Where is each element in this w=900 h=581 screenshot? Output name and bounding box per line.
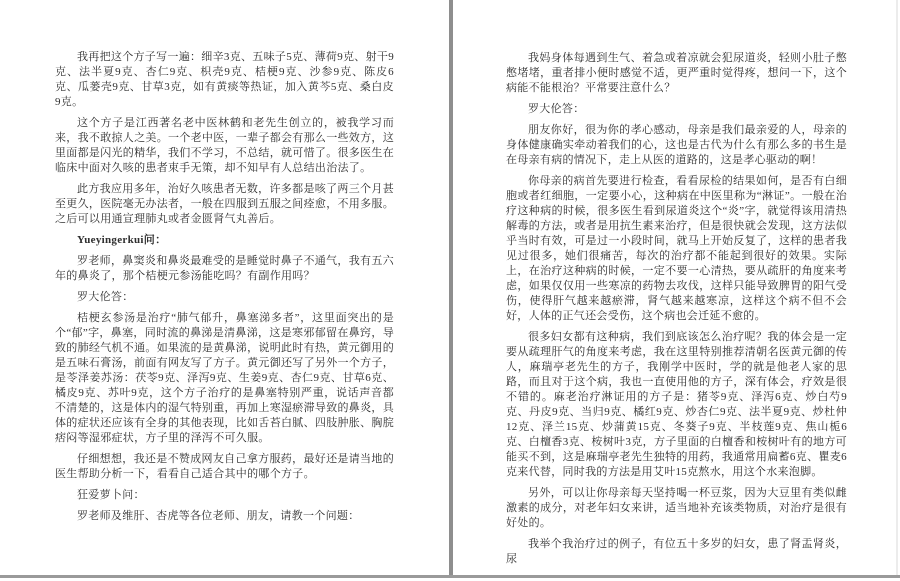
page-left: 我再把这个方子写一遍：细辛3克、五味子5克、薄荷9克、射干9克、法半夏9克、杏仁… xyxy=(0,0,449,575)
document-viewer: 我再把这个方子写一遍：细辛3克、五味子5克、薄荷9克、射干9克、法半夏9克、杏仁… xyxy=(0,0,900,581)
paragraph: 罗老师，鼻窦炎和鼻炎最难受的是睡觉时鼻子不通气，我有五六年的鼻炎了，那个桔梗元参… xyxy=(55,254,394,284)
paragraph: 狂爱萝卜问： xyxy=(55,488,394,503)
page-right-edge xyxy=(896,0,898,575)
paragraph: 这个方子是江西著名老中医林鹤和老先生创立的，被我学习而来，我不敢掠人之美。一个老… xyxy=(55,116,394,176)
paragraph: 朋友你好，很为你的孝心感动，母亲是我们最亲爱的人，母亲的身体健康确实牵动着我们的… xyxy=(506,123,847,168)
paragraph: 我举个我治疗过的例子，有位五十多岁的妇女，患了肾盂肾炎，尿 xyxy=(506,537,847,567)
paragraph: 你母亲的病首先要进行检查，看看尿检的结果如何，是否有白细胞或者红细胞，一定要小心… xyxy=(506,174,847,324)
paragraph: 我再把这个方子写一遍：细辛3克、五味子5克、薄荷9克、射干9克、法半夏9克、杏仁… xyxy=(55,50,394,110)
two-page-spread: 我再把这个方子写一遍：细辛3克、五味子5克、薄荷9克、射干9克、法半夏9克、杏仁… xyxy=(0,0,900,575)
paragraph: 罗大伦答： xyxy=(55,290,394,305)
paragraph: 罗大伦答： xyxy=(506,102,847,117)
page-right: 我妈身体每遇到生气、着急或着凉就会犯尿道炎，轻则小肚子憋憋堵堵，重者排小便时感觉… xyxy=(453,0,896,575)
paragraph: 仔细想想，我还是不赞成网友自己拿方服药，最好还是请当地的医生帮助分析一下，看看自… xyxy=(55,452,394,482)
paragraph: 此方我应用多年，治好久咳患者无数，许多都是咳了两三个月甚至更久，医院毫无办法者，… xyxy=(55,182,394,227)
page-bottom-edge xyxy=(0,575,900,578)
paragraph: 罗老师及维肝、杏虎等各位老师、朋友，请教一个问题： xyxy=(55,509,394,524)
paragraph: 很多妇女都有这种病，我们到底该怎么治疗呢？我的体会是一定要从疏理肝气的角度来考虑… xyxy=(506,330,847,480)
paragraph: 我妈身体每遇到生气、着急或着凉就会犯尿道炎，轻则小肚子憋憋堵堵，重者排小便时感觉… xyxy=(506,51,847,96)
paragraph: 另外，可以让你母亲每天坚持喝一杯豆浆，因为大豆里有类似雌激素的成分，对老年妇女来… xyxy=(506,486,847,531)
question-author-heading: Yueyingerkui问： xyxy=(55,233,394,248)
paragraph: 桔梗玄参汤是治疗“肺气郁升，鼻塞涕多者”，这里面突出的是个“郁”字，鼻塞，同时流… xyxy=(55,311,394,446)
